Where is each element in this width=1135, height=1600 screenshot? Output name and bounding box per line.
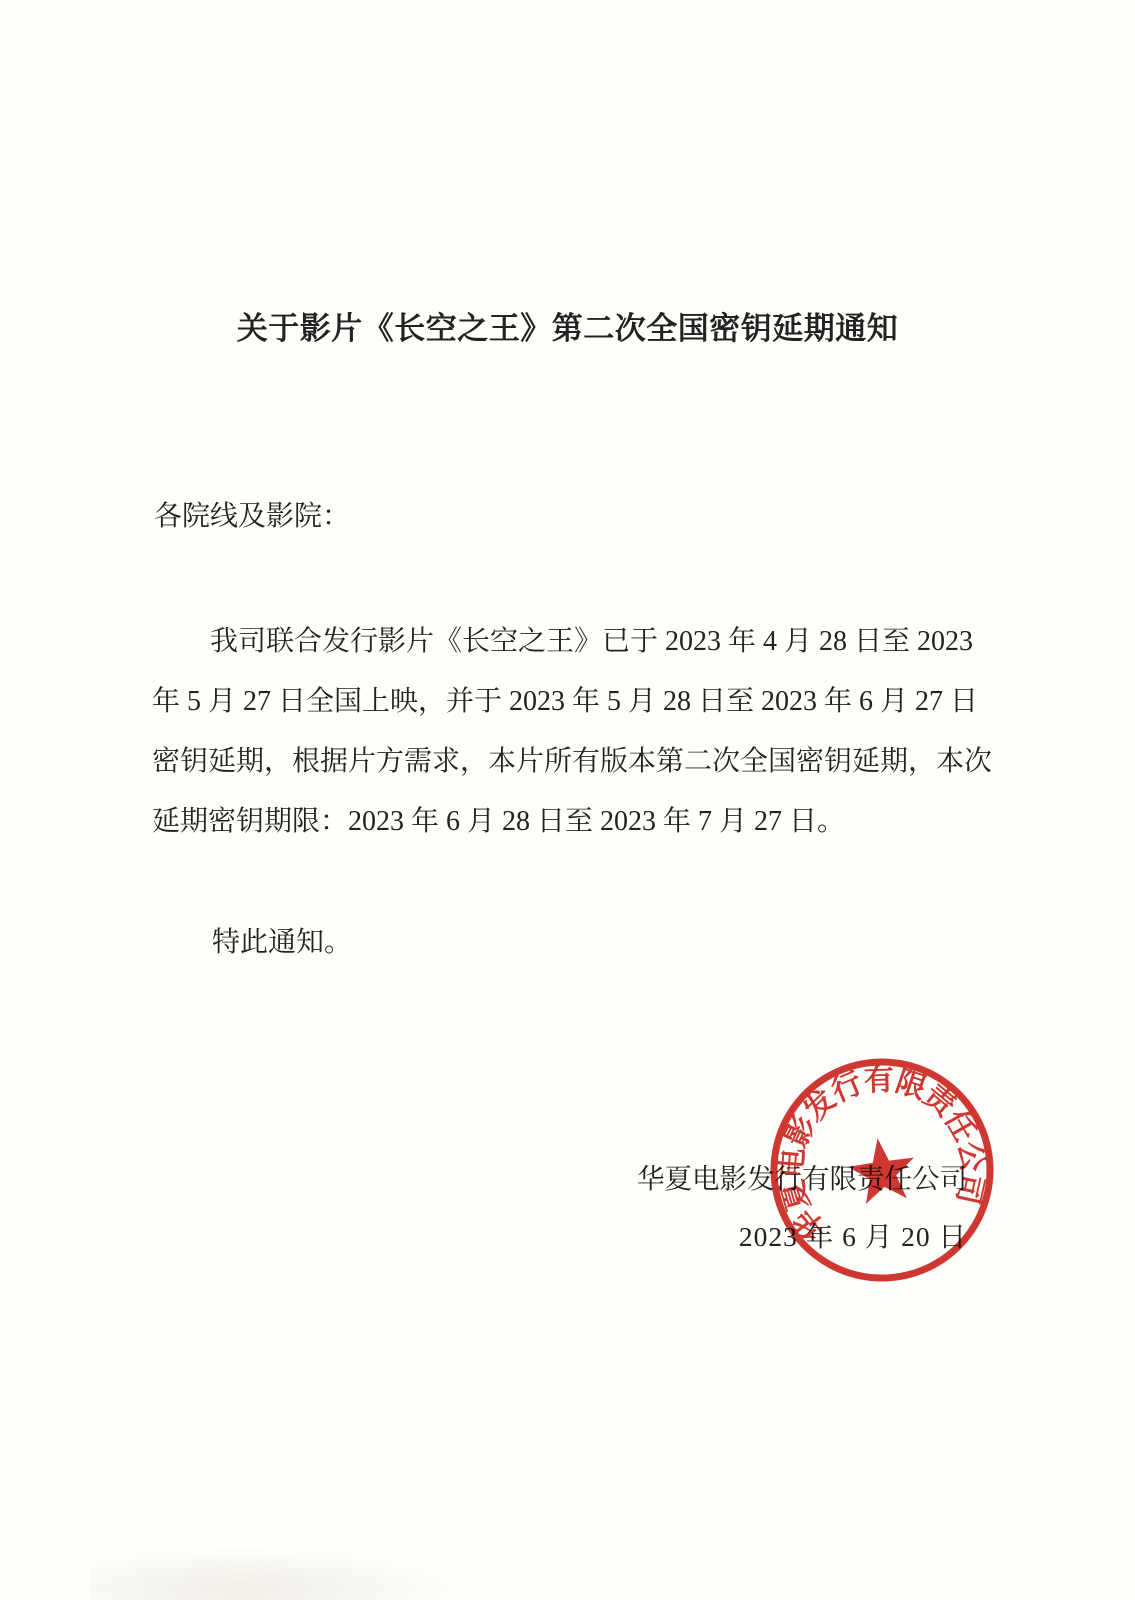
- scan-smudge: [90, 1545, 470, 1600]
- body-line: 延期密钥期限：2023 年 6 月 28 日至 2023 年 7 月 27 日。: [152, 792, 1022, 852]
- body-paragraph: 我司联合发行影片《长空之王》已于 2023 年 4 月 28 日至 2023年 …: [152, 612, 1022, 852]
- notice-document-page: 关于影片《长空之王》第二次全国密钥延期通知 各院线及影院： 我司联合发行影片《长…: [0, 0, 1135, 1600]
- company-seal-stamp: 华夏电影发行有限责任公司: [748, 1036, 1017, 1305]
- body-line: 年 5 月 27 日全国上映，并于 2023 年 5 月 28 日至 2023 …: [152, 672, 1022, 732]
- star-icon: [845, 1134, 920, 1206]
- document-title: 关于影片《长空之王》第二次全国密钥延期通知: [0, 303, 1135, 348]
- closing-note: 特此通知。: [212, 920, 352, 960]
- body-line: 我司联合发行影片《长空之王》已于 2023 年 4 月 28 日至 2023: [152, 612, 1022, 672]
- salutation: 各院线及影院：: [154, 494, 350, 534]
- body-line: 密钥延期，根据片方需求，本片所有版本第二次全国密钥延期，本次: [152, 732, 1022, 792]
